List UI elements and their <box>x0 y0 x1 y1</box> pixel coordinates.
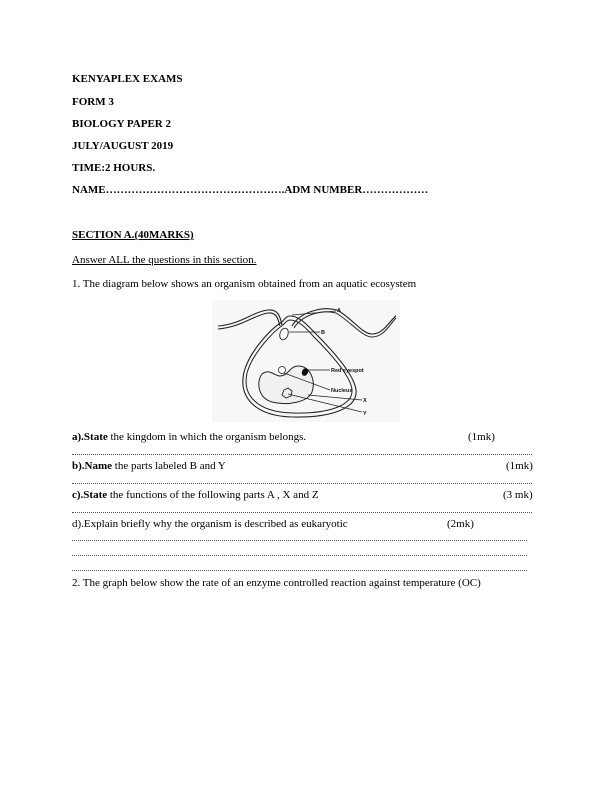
answer-line-1d-2[interactable] <box>72 555 527 556</box>
exam-subject: BIOLOGY PAPER 2 <box>72 118 171 131</box>
exam-org: KENYAPLEX EXAMS <box>72 73 183 86</box>
organism-diagram: A B Red eyespot Nucleus X Y <box>212 300 400 422</box>
marks-1a: (1mk) <box>468 431 495 444</box>
section-instruction: Answer ALL the questions in this section… <box>72 254 256 267</box>
answer-line-1a[interactable] <box>72 454 532 455</box>
answer-line-1d-1[interactable] <box>72 540 527 541</box>
exam-time: TIME:2 HOURS. <box>72 162 155 175</box>
exam-session: JULY/AUGUST 2019 <box>72 140 173 153</box>
marks-1c: (3 mk) <box>503 489 533 502</box>
section-title: SECTION A.(40MARKS) <box>72 229 194 242</box>
marks-1d: (2mk) <box>447 518 474 531</box>
label-y: Y <box>363 411 367 417</box>
question-1b: b).Name the parts labeled B and Y <box>72 460 226 473</box>
question-1d: d).Explain briefly why the organism is d… <box>72 518 348 531</box>
question-1a: a).State the kingdom in which the organi… <box>72 431 306 444</box>
question-1c: c).State the functions of the following … <box>72 489 319 502</box>
answer-line-1c[interactable] <box>72 512 532 513</box>
label-x: X <box>363 398 367 404</box>
answer-line-1b[interactable] <box>72 483 532 484</box>
label-a: A <box>337 308 341 314</box>
marks-1b: (1mk) <box>506 460 533 473</box>
question-2-stem: 2. The graph below show the rate of an e… <box>72 577 481 590</box>
exam-form: FORM 3 <box>72 96 114 109</box>
label-nucleus: Nucleus <box>331 388 352 394</box>
name-adm-line: NAME………………………………………….ADM NUMBER……………… <box>72 184 428 197</box>
answer-line-1d-3[interactable] <box>72 570 527 571</box>
label-b: B <box>321 330 325 336</box>
question-1-stem: 1. The diagram below shows an organism o… <box>72 278 416 291</box>
label-eyespot: Red eyespot <box>331 368 364 374</box>
